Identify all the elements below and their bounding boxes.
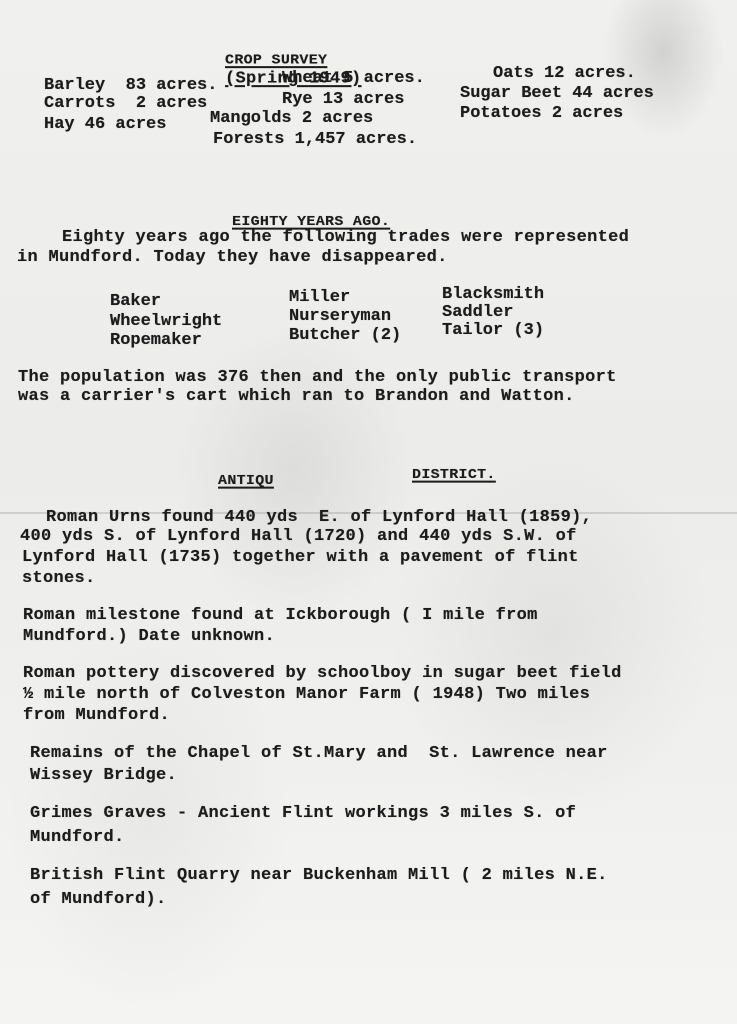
crop-entry: Barley 83 acres.	[44, 76, 217, 96]
population-line: was a carrier's cart which ran to Brando…	[18, 388, 575, 407]
crop-entry: Wheat 5 acres.	[282, 69, 425, 89]
trade-item: Baker	[110, 292, 161, 312]
eighty-years-intro-line: Eighty years ago the following trades we…	[62, 229, 629, 248]
trade-item: Saddler	[442, 303, 513, 323]
trade-item: Butcher (2)	[289, 326, 401, 346]
antiquity-line: Roman Urns found 440 yds E. of Lynford H…	[46, 509, 592, 528]
antiquities-heading-left: ANTIQU	[176, 453, 274, 510]
trade-item: Blacksmith	[442, 285, 544, 305]
antiquity-line: Mundford.) Date unknown.	[23, 628, 275, 647]
trade-item: Tailor (3)	[442, 321, 544, 341]
antiquity-line: stones.	[22, 570, 96, 589]
antiquity-line: Lynford Hall (1735) together with a pave…	[22, 549, 579, 568]
antiquities-heading-right: DISTRICT.	[370, 447, 496, 504]
eighty-years-ago-heading: EIGHTY YEARS AGO.	[232, 213, 390, 229]
trade-item: Ropemaker	[110, 331, 202, 351]
eighty-years-intro-line: in Mundford. Today they have disappeared…	[17, 249, 448, 268]
crop-entry: Mangolds 2 acres	[210, 109, 373, 129]
crop-entry: Rye 13 acres	[282, 90, 404, 110]
trade-item: Wheelwright	[110, 312, 222, 332]
trade-item: Miller	[289, 288, 350, 308]
antiquity-line: ½ mile north of Colveston Manor Farm ( 1…	[23, 686, 590, 705]
antiquity-line: Mundford.	[30, 829, 125, 848]
typewritten-page: CROP SURVEY (Spring 1949) Barley 83 acre…	[0, 0, 737, 1024]
antiquity-line: 400 yds S. of Lynford Hall (1720) and 44…	[20, 528, 577, 547]
antiquity-line: Grimes Graves - Ancient Flint workings 3…	[30, 805, 576, 824]
crop-entry: Oats 12 acres.	[493, 64, 636, 84]
crop-entry: Potatoes 2 acres	[460, 104, 623, 124]
crop-entry: Sugar Beet 44 acres	[460, 84, 654, 104]
antiquity-line: British Flint Quarry near Buckenham Mill…	[30, 867, 608, 886]
population-line: The population was 376 then and the only…	[18, 369, 617, 388]
crop-entry: Hay 46 acres	[44, 115, 166, 135]
antiquity-line: Roman milestone found at Ickborough ( I …	[23, 607, 538, 626]
antiquity-line: from Mundford.	[23, 707, 170, 726]
antiquity-line: Roman pottery discovered by schoolboy in…	[23, 665, 622, 684]
crop-entry-forests: Forests 1,457 acres.	[213, 130, 417, 150]
crop-survey-heading: CROP SURVEY	[225, 52, 327, 68]
antiquity-line: of Mundford).	[30, 891, 167, 910]
trade-item: Nurseryman	[289, 307, 391, 327]
antiquity-line: Remains of the Chapel of St.Mary and St.…	[30, 745, 608, 764]
antiquity-line: Wissey Bridge.	[30, 767, 177, 786]
crop-entry: Carrots 2 acres	[44, 94, 207, 114]
